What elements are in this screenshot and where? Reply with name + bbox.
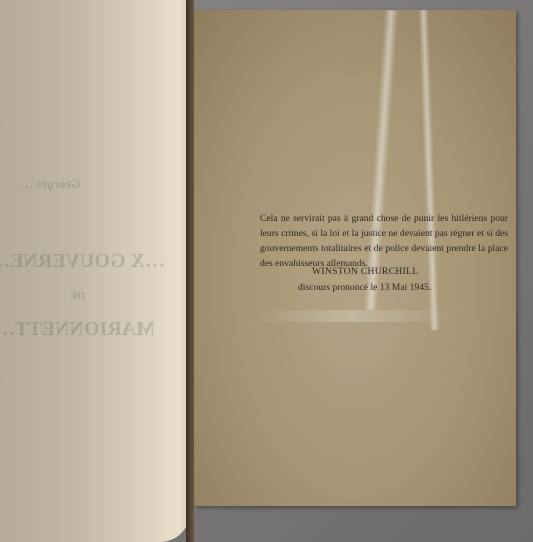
show-through-line-1: Georges … [20, 176, 80, 192]
right-page: Cela ne servirait pas à grand chose de p… [194, 10, 516, 506]
quote-author: WINSTON CHURCHILL [312, 266, 533, 277]
left-page: Georges … …X GOUVERNE… DE MARIONNETT… [0, 0, 190, 542]
show-through-line-2: …X GOUVERNE… [0, 250, 165, 273]
show-through-line-3: DE [70, 290, 85, 302]
paper-crease [254, 310, 454, 322]
book-spine [186, 0, 194, 542]
quote-source: discours prononcé le 13 Mai 1945. [298, 282, 533, 293]
show-through-line-4: MARIONNETT… [0, 318, 155, 341]
quote-text: Cela ne servirait pas à grand chose de p… [260, 211, 508, 271]
